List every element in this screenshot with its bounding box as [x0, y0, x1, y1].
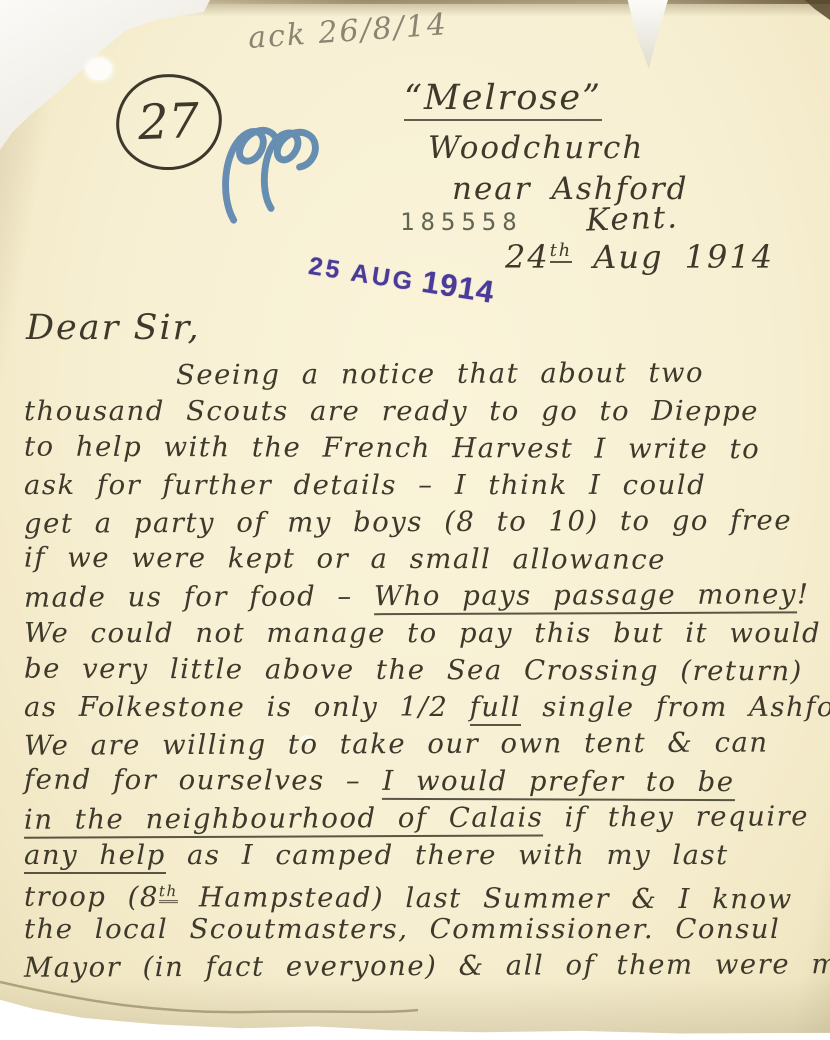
date-day: 24 [505, 238, 550, 276]
letter-text-segment: I would prefer to be [382, 765, 734, 801]
letter-line: troop (8th Hampstead) last Summer & I kn… [24, 873, 820, 913]
letter-text-segment: to help with the French Harvest I write … [24, 431, 760, 466]
letter-line: in the neighbourhood of Calais if they r… [24, 798, 820, 838]
letter-line: be very little above the Sea Crossing (r… [24, 651, 820, 691]
paper-fleck [86, 58, 112, 80]
letter-line: if we were kept or a small allowance [24, 540, 820, 580]
archive-serial-number: 185558 [400, 208, 523, 236]
letter-line: made us for food – Who pays passage mone… [24, 576, 820, 616]
letter-text-segment: single from Ashford. [521, 691, 830, 723]
letter-line: get a party of my boys (8 to 10) to go f… [24, 502, 820, 542]
letter-line: as Folkestone is only 1/2 full single fr… [24, 689, 820, 726]
letter-text-segment: any help [24, 839, 166, 874]
paper-top-edge [170, 0, 830, 4]
letter-line: Mayor (in fact everyone) & all of them w… [24, 946, 820, 986]
letter-text-segment: as Folkestone is only 1/2 [24, 691, 470, 723]
letter-text-segment: be very little above the Sea Crossing (r… [24, 653, 803, 688]
letter-line: ask for further details – I think I coul… [24, 467, 820, 504]
letter-text-segment: ask for further details – I think I coul… [24, 469, 706, 501]
letter-text-segment: thousand Scouts are ready to go to Diepp… [24, 395, 759, 427]
stamp-day: 25 [307, 252, 345, 285]
letter-line: We could not manage to pay this but it w… [24, 615, 820, 652]
letter-line: any help as I camped there with my last [24, 837, 820, 874]
letter-text-segment: Mayor (in fact everyone) & all of them w… [24, 948, 830, 984]
letter-line: We are willing to take our own tent & ca… [24, 724, 820, 764]
scanned-letter-page: ack 26/8/14 27 “Melrose” Woodchurch near… [0, 0, 830, 1040]
letter-line: fend for ourselves – I would prefer to b… [24, 762, 820, 802]
letter-text-segment: ! [797, 578, 810, 610]
letterhead-house-name: “Melrose” [404, 78, 602, 118]
letter-text-segment: made us for food – [24, 580, 374, 614]
letter-text-segment: We could not manage to pay this but it w… [24, 617, 821, 649]
letter-line: the local Scoutmasters, Commissioner. Co… [24, 911, 820, 948]
letter-text-segment: if they require [543, 800, 809, 833]
letter-line: to help with the French Harvest I write … [24, 429, 820, 469]
letter-text-segment: as I camped there with my last [166, 839, 729, 871]
letter-text-segment: Who pays passage money [374, 578, 797, 615]
letter-text-segment: th [159, 882, 178, 903]
letter-text-segment: Seeing a notice that about two [176, 357, 704, 391]
letter-text-segment: We are willing to take our own tent & ca… [24, 726, 769, 761]
letter-body: Seeing a notice that about twothousand S… [24, 356, 820, 985]
letter-line: Seeing a notice that about two [24, 354, 820, 394]
date-month-year: Aug 1914 [572, 238, 774, 276]
letter-text-segment: fend for ourselves – [24, 764, 383, 797]
letter-text-segment: full [470, 691, 521, 726]
letterhead-village: Woodchurch [428, 130, 644, 166]
letter-text-segment: get a party of my boys (8 to 10) to go f… [24, 504, 792, 539]
letter-text-segment: Hampstead) last Summer & I know [178, 881, 793, 915]
letter-line: thousand Scouts are ready to go to Diepp… [24, 393, 820, 430]
letter-text-segment: troop (8 [24, 881, 159, 913]
letterhead-county: Kent. [585, 199, 679, 238]
date-ordinal-suffix: th [550, 241, 572, 263]
letter-text-segment: in the neighbourhood of Calais [24, 801, 543, 838]
file-number: 27 [137, 93, 200, 151]
letter-date: 24th Aug 1914 [505, 238, 774, 276]
letter-text-segment: if we were kept or a small allowance [24, 542, 666, 576]
letter-salutation: Dear Sir, [26, 308, 201, 348]
blue-initials-mark [216, 110, 334, 228]
house-name-text: “Melrose” [404, 78, 602, 121]
letter-text-segment: the local Scoutmasters, Commissioner. Co… [24, 913, 780, 945]
